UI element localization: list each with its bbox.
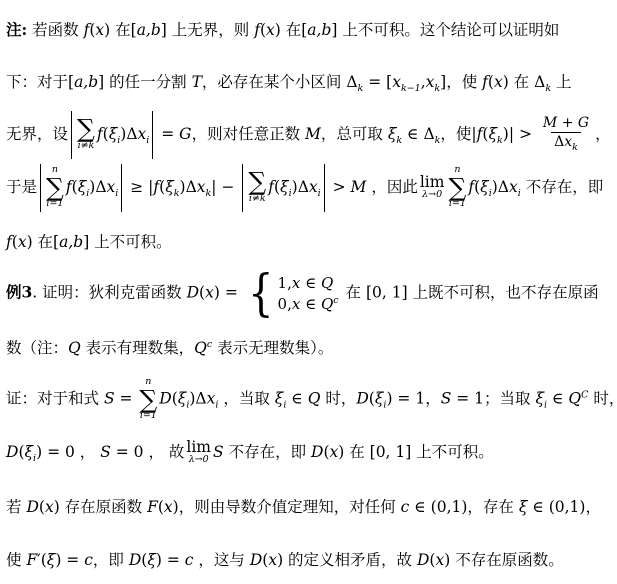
math-variable: D <box>311 443 323 461</box>
math-variable: Q <box>308 390 321 408</box>
sigma-symbol: ∑ <box>248 170 266 194</box>
text-run: ∈ <box>547 390 568 408</box>
math-variable: T <box>192 73 202 91</box>
text-run: Δ <box>554 134 564 150</box>
text-run: ，因此 <box>366 178 417 196</box>
limit-subscript: λ→0 <box>189 455 209 465</box>
text-run: 使 <box>6 551 26 569</box>
text-run: 不存在，即 <box>224 443 311 461</box>
proof-sum-line-content: 证：对于和式 S = n∑i=1D(ξi)Δxi ，当取 ξi ∈ Q 时，D(… <box>6 377 617 422</box>
summation-lower-limit: i=1 <box>46 199 63 209</box>
math-variable: x <box>197 178 206 196</box>
math-variable: Q <box>321 295 333 313</box>
text-run: 若函数 <box>27 21 83 39</box>
text-run: 下：对于[ <box>6 73 74 91</box>
text-run: = <box>115 390 138 408</box>
math-document: 注: 若函数 f(x) 在[a,b] 上无界，则 f(x) 在[a,b] 上不可… <box>0 0 617 584</box>
text-run: ] 上不可积。这个结论可以证明如 <box>331 21 559 39</box>
math-variable: ξ <box>480 178 489 196</box>
text-run: )，则由导数介值定理知，对任何 <box>173 498 401 516</box>
summation-lower-limit: i=1 <box>140 411 157 421</box>
summation-operator: n∑i=1 <box>139 377 157 422</box>
cases-row: 0,x ∈ Qc <box>278 295 339 313</box>
math-variable: M <box>351 178 367 196</box>
conclusion-line-content: f(x) 在[a,b] 上不可积。 <box>6 230 172 252</box>
math-variable: D <box>129 551 141 569</box>
summation-operator: n∑i=1 <box>46 165 64 210</box>
absolute-value-bar <box>71 111 72 159</box>
cases-expression: {1,x ∈ Q0,x ∈ Qc <box>245 271 339 316</box>
math-variable: D <box>356 390 368 408</box>
math-subscript: k−1 <box>401 83 421 94</box>
text-run: 时， <box>320 390 356 408</box>
limit-word: lim <box>186 440 211 456</box>
text-run: = 1；当取 <box>451 390 535 408</box>
fraction-numerator: M + G <box>540 114 592 132</box>
math-variable: c <box>84 551 93 569</box>
math-variable: ξ <box>280 178 289 196</box>
math-variable: S <box>104 390 115 408</box>
text-run: > <box>328 178 351 196</box>
math-variable: x <box>268 551 277 569</box>
text-run: 1, <box>278 274 292 292</box>
proof-limit-line-content: D(ξi) = 0 ， S = 0 ， 故limλ→0S 不存在，即 D(x) … <box>6 440 494 466</box>
math-variable: a,b <box>137 21 161 39</box>
note-intro-line: 注: 若函数 f(x) 在[a,b] 上无界，则 f(x) 在[a,b] 上不可… <box>6 2 613 55</box>
text-run: ] 的任一分割 <box>98 73 191 91</box>
sigma-symbol: ∑ <box>46 176 64 200</box>
text-run: ∈ Δ <box>402 125 435 143</box>
math-variable: x <box>95 21 104 39</box>
math-variable: x <box>392 73 401 91</box>
note-q-line: 数（注：Q 表示有理数集，Qc 表示无理数集）。 <box>6 320 613 373</box>
text-run: 于是 <box>6 178 37 196</box>
math-variable: x <box>164 498 173 516</box>
math-variable: D <box>417 551 429 569</box>
text-run: ，使| <box>440 125 476 143</box>
conclusion-line: f(x) 在[a,b] 上不可积。 <box>6 214 613 267</box>
text-run: ≥ | <box>125 178 153 196</box>
text-run: ， <box>595 125 611 143</box>
math-subscript: i <box>115 188 118 199</box>
math-variable: x <box>509 178 518 196</box>
math-variable: D <box>250 551 262 569</box>
math-variable: x <box>138 125 147 143</box>
math-variable: F <box>26 551 37 569</box>
example3-line-content: 例3. 证明：狄利克雷函数 D(x) = {1,x ∈ Q0,x ∈ Qc 在 … <box>6 271 599 316</box>
text-run: = [ <box>363 73 392 91</box>
proof-limit-line: D(ξi) = 0 ， S = 0 ， 故limλ→0S 不存在，即 D(x) … <box>6 426 613 479</box>
summation-operator: ∑i≠k <box>77 117 95 151</box>
text-run: ) = <box>214 284 243 302</box>
fraction-denominator: Δxk <box>551 132 581 155</box>
text-run: 表示无理数集）。 <box>212 339 333 357</box>
text-run: ) 在[ <box>104 21 137 39</box>
math-variable: S <box>441 390 452 408</box>
text-run: ) 的定义相矛盾，故 <box>277 551 417 569</box>
note-q-line-content: 数（注：Q 表示有理数集，Qc 表示无理数集）。 <box>6 336 333 358</box>
text-run: ) 在[ <box>275 21 308 39</box>
text-run: 在 [0, 1] 上既不可积，也不存在原函 <box>341 284 599 302</box>
text-run: ，总可取 <box>321 125 388 143</box>
limit-subscript: λ→0 <box>422 190 442 200</box>
text-run: ∈ (0,1)，存在 <box>409 498 519 516</box>
math-variable: F <box>147 498 158 516</box>
math-variable: ξ <box>78 178 87 196</box>
math-variable: x <box>330 443 339 461</box>
text-run: ) 在 Δ <box>503 73 546 91</box>
antiderivative-line-2-content: 使 F′(ξ) = c，即 D(ξ) = c ，这与 D(x) 的定义相矛盾，故… <box>6 548 564 570</box>
absolute-value-bar <box>324 164 325 212</box>
inequality-line: 于是n∑i=1f(ξi)Δxi ≥ |f(ξk)Δxk| − ∑i≠kf(ξi)… <box>6 161 613 214</box>
text-run: ) = <box>55 551 84 569</box>
antiderivative-line-1-content: 若 D(x) 存在原函数 F(x)，则由导数介值定理知，对任何 c ∈ (0,1… <box>6 495 601 517</box>
math-variable: Q <box>568 390 581 408</box>
math-variable: ξ <box>25 443 34 461</box>
text-run: ) = 1， <box>386 390 440 408</box>
math-variable: G <box>578 115 589 131</box>
text-run: ∈ <box>286 390 307 408</box>
sigma-symbol: ∑ <box>448 176 466 200</box>
partition-line-content: 下：对于[a,b] 的任一分割 T，必存在某个小区间 Δk = [xk−1,xk… <box>6 70 572 94</box>
math-variable: x <box>107 178 116 196</box>
math-variable: ξ <box>165 178 174 196</box>
left-brace-symbol: { <box>248 271 273 316</box>
text-run: 无界，设 <box>6 125 68 143</box>
summation-lower-limit: i≠k <box>78 141 95 151</box>
summation-lower-limit: i=1 <box>449 199 466 209</box>
math-subscript: i <box>318 188 321 199</box>
cases-rows: 1,x ∈ Q0,x ∈ Qc <box>278 274 339 313</box>
math-variable: Q <box>194 339 207 357</box>
text-run: ∈ <box>300 295 321 313</box>
math-variable: D <box>6 443 18 461</box>
math-subscript: i <box>146 135 149 146</box>
text-run: 0, <box>278 295 292 313</box>
absolute-value-bar <box>152 111 153 159</box>
proof-sum-line: 证：对于和式 S = n∑i=1D(ξi)Δxi ，当取 ξi ∈ Q 时，D(… <box>6 373 613 426</box>
math-variable: ξ <box>109 125 118 143</box>
text-run: ) 存在原函数 <box>54 498 147 516</box>
math-variable: ξ <box>147 551 156 569</box>
math-variable: Q <box>321 274 333 292</box>
text-run: 数（注： <box>6 339 68 357</box>
absolute-value-bar <box>242 164 243 212</box>
text-run: 若 <box>6 498 26 516</box>
text-run: )Δ <box>189 390 206 408</box>
example3-line: 例3. 证明：狄利克雷函数 D(x) = {1,x ∈ Q0,x ∈ Qc 在 … <box>6 267 613 320</box>
math-variable: x <box>18 233 27 251</box>
text-run: )| > <box>503 125 537 143</box>
math-variable: x <box>45 498 54 516</box>
limit-word: lim <box>420 175 445 191</box>
math-subscript: k <box>572 142 578 153</box>
sum-bound-line-content: 无界，设∑i≠kf(ξi)Δxi = G，则对任意正数 M，总可取 ξk ∈ Δ… <box>6 111 611 159</box>
math-variable: a,b <box>74 73 98 91</box>
sigma-symbol: ∑ <box>139 388 157 412</box>
math-variable: M <box>543 115 557 131</box>
summation-operator: n∑i=1 <box>448 165 466 210</box>
text-run: ) 不存在原函数。 <box>444 551 563 569</box>
math-variable: M <box>305 125 321 143</box>
text-run: ，则对任意正数 <box>192 125 305 143</box>
text-run: ，必存在某个小区间 Δ <box>202 73 358 91</box>
absolute-value-bar <box>40 164 41 212</box>
text-run: )Δ <box>492 178 509 196</box>
absolute-value-bar <box>121 164 122 212</box>
text-run: ∈ (0,1)， <box>527 498 601 516</box>
summation-lower-limit: i≠k <box>249 194 266 204</box>
note-intro-line-content: 注: 若函数 f(x) 在[a,b] 上无界，则 f(x) 在[a,b] 上不可… <box>6 18 559 40</box>
summation-operator: ∑i≠k <box>248 170 266 204</box>
text-run: ) 在[ <box>27 233 60 251</box>
bold-text-run: 注: <box>6 20 27 39</box>
math-variable: x <box>564 134 572 150</box>
text-run: ∈ <box>300 274 321 292</box>
math-variable: x <box>494 73 503 91</box>
cases-row: 1,x ∈ Q <box>278 274 339 292</box>
text-run: ′( <box>37 551 47 569</box>
math-variable: ξ <box>535 390 544 408</box>
sigma-symbol: ∑ <box>77 117 95 141</box>
text-run: ) 在 [0, 1] 上不可积。 <box>338 443 494 461</box>
text-run: ] 上不可积。 <box>83 233 171 251</box>
text-run: ，即 <box>93 551 129 569</box>
antiderivative-line-1: 若 D(x) 存在原函数 F(x)，则由导数介值定理知，对任何 c ∈ (0,1… <box>6 479 613 532</box>
text-run: 表示有理数集， <box>81 339 194 357</box>
math-variable: x <box>205 284 214 302</box>
math-variable: D <box>26 498 38 516</box>
text-run: + <box>557 115 578 131</box>
sum-bound-line: 无界，设∑i≠kf(ξi)Δxi = G，则对任意正数 M，总可取 ξk ∈ Δ… <box>6 108 613 161</box>
text-run: . 证明：狄利克雷函数 <box>32 284 186 302</box>
math-variable: D <box>159 390 171 408</box>
text-run: = 0 ， 故 <box>111 443 185 461</box>
text-run: ) = 0 ， <box>36 443 100 461</box>
math-variable: x <box>435 551 444 569</box>
math-variable: x <box>266 21 275 39</box>
math-variable: a,b <box>307 21 331 39</box>
text-run: ]，使 <box>440 73 482 91</box>
text-run: )Δ <box>120 125 137 143</box>
text-run: ，当取 <box>218 390 274 408</box>
text-run: | − <box>211 178 239 196</box>
math-variable: Q <box>68 339 81 357</box>
math-variable: S <box>213 443 224 461</box>
text-run: 时， <box>588 390 617 408</box>
text-run: )Δ <box>292 178 309 196</box>
text-run: )Δ <box>89 178 106 196</box>
math-variable: S <box>100 443 111 461</box>
text-run: 证：对于和式 <box>6 390 104 408</box>
text-run: ] 上无界，则 <box>161 21 254 39</box>
text-run: 上 <box>551 73 571 91</box>
math-variable: G <box>179 125 191 143</box>
limit-operator: limλ→0 <box>420 175 445 201</box>
inequality-line-content: 于是n∑i=1f(ξi)Δxi ≥ |f(ξk)Δxk| − ∑i≠kf(ξi)… <box>6 164 603 212</box>
text-run: = <box>156 125 179 143</box>
text-run: )Δ <box>180 178 197 196</box>
text-run: ) = <box>156 551 185 569</box>
math-variable: x <box>309 178 318 196</box>
text-run: ，这与 <box>193 551 249 569</box>
math-superscript: c <box>333 295 338 306</box>
math-variable: D <box>187 284 199 302</box>
bold-text-run: 例3 <box>6 283 32 302</box>
fraction: M + GΔxk <box>540 114 592 155</box>
antiderivative-line-2: 使 F′(ξ) = c，即 D(ξ) = c ，这与 D(x) 的定义相矛盾，故… <box>6 532 613 584</box>
math-variable: a,b <box>59 233 83 251</box>
text-run: 不存在，即 <box>521 178 603 196</box>
limit-operator: limλ→0 <box>186 440 211 466</box>
partition-line: 下：对于[a,b] 的任一分割 T，必存在某个小区间 Δk = [xk−1,xk… <box>6 55 613 108</box>
math-variable: ξ <box>488 125 497 143</box>
